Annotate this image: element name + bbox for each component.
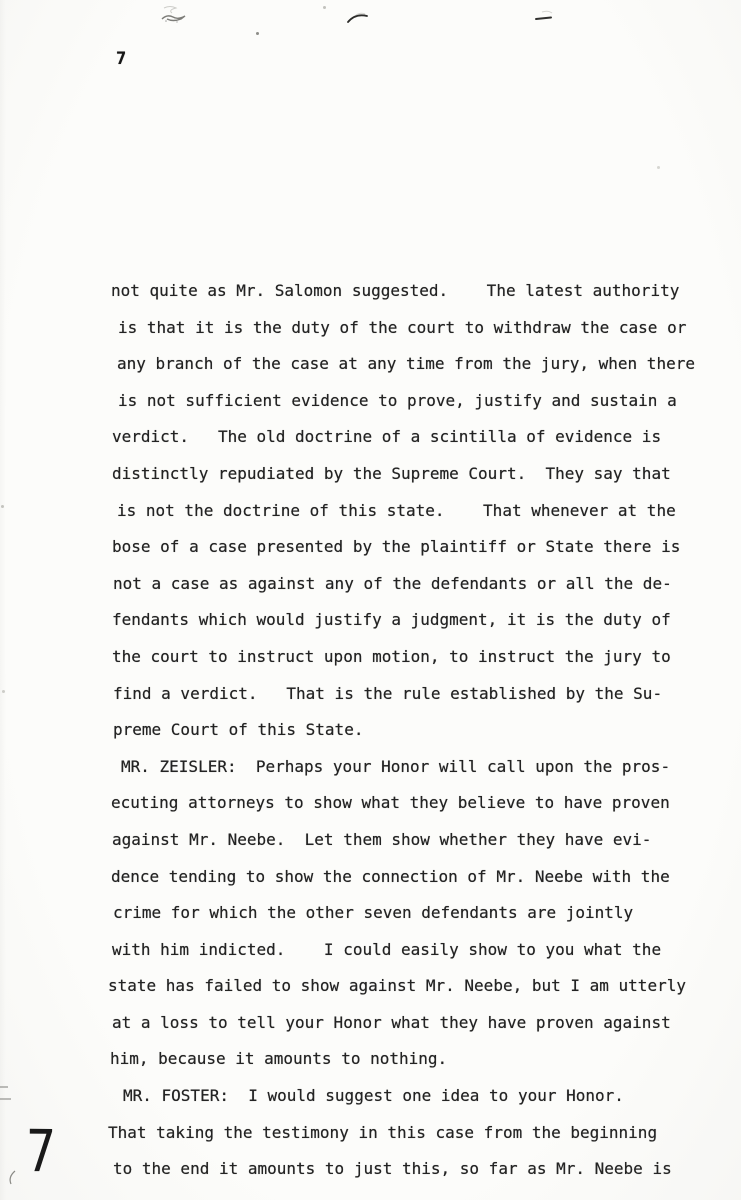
- transcript-line: dence tending to show the connection of …: [0, 859, 741, 896]
- transcript-line: distinctly repudiated by the Supreme Cou…: [0, 456, 741, 493]
- transcript-page: 7 not quite as Mr. Salomon suggested. Th…: [0, 0, 741, 1200]
- transcript-line: any branch of the case at any time from …: [0, 346, 741, 383]
- transcript-line: preme Court of this State.: [0, 712, 741, 749]
- transcript-line: not a case as against any of the defenda…: [0, 566, 741, 603]
- transcript-line: That taking the testimony in this case f…: [0, 1115, 741, 1152]
- transcript-line: is not sufficient evidence to prove, jus…: [0, 383, 741, 420]
- dust-speck: [256, 32, 259, 35]
- transcript-line: state has failed to show against Mr. Nee…: [0, 968, 741, 1005]
- transcript-line: with him indicted. I could easily show t…: [0, 932, 741, 969]
- transcript-line: is not the doctrine of this state. That …: [0, 493, 741, 530]
- transcript-line: MR. ZEISLER: Perhaps your Honor will cal…: [0, 749, 741, 786]
- curved-dash-smudge: [346, 10, 370, 26]
- transcript-text: not quite as Mr. Salomon suggested. The …: [0, 273, 741, 1188]
- transcript-line: ecuting attorneys to show what they beli…: [0, 785, 741, 822]
- transcript-line: find a verdict. That is the rule establi…: [0, 676, 741, 713]
- pencil-scribble-smudge: [158, 2, 192, 26]
- short-dash-smudge: [534, 8, 556, 24]
- transcript-line: to the end it amounts to just this, so f…: [0, 1151, 741, 1188]
- transcript-line: MR. FOSTER: I would suggest one idea to …: [0, 1078, 741, 1115]
- transcript-line: bose of a case presented by the plaintif…: [0, 529, 741, 566]
- transcript-line: verdict. The old doctrine of a scintilla…: [0, 419, 741, 456]
- transcript-line: crime for which the other seven defendan…: [0, 895, 741, 932]
- bottom-page-number: 7: [26, 1122, 57, 1180]
- dust-speck: [657, 166, 660, 169]
- transcript-line: him, because it amounts to nothing.: [0, 1041, 741, 1078]
- transcript-line: at a loss to tell your Honor what they h…: [0, 1005, 741, 1042]
- dust-speck: [323, 6, 326, 9]
- transcript-line: not quite as Mr. Salomon suggested. The …: [0, 273, 741, 310]
- page-number-top: 7: [116, 49, 126, 69]
- transcript-line: is that it is the duty of the court to w…: [0, 310, 741, 347]
- transcript-line: fendants which would justify a judgment,…: [0, 602, 741, 639]
- transcript-line: the court to instruct upon motion, to in…: [0, 639, 741, 676]
- transcript-line: against Mr. Neebe. Let them show whether…: [0, 822, 741, 859]
